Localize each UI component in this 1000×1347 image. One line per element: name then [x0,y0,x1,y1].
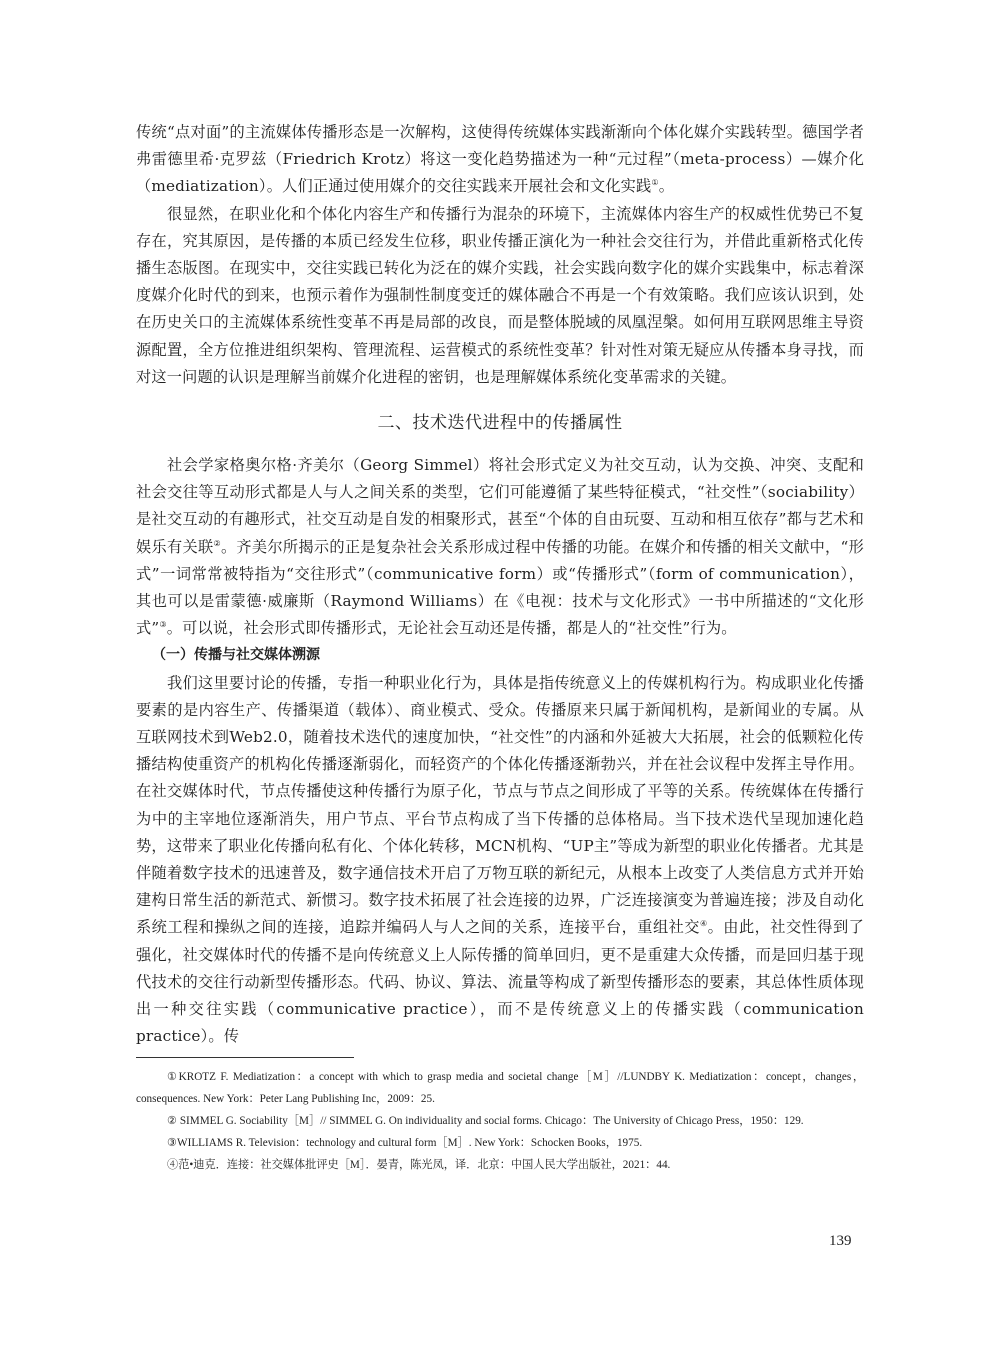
footnote-divider [136,1057,354,1058]
paragraph-authority: 很显然，在职业化和个体化内容生产和传播行为混杂的环境下，主流媒体内容生产的权威性… [136,201,864,391]
footnote-marker: ④ [167,1159,178,1171]
paragraph-mediatization: 传统“点对面”的主流媒体传播形态是一次解构，这使得传统媒体实践渐渐向个体化媒介实… [136,119,864,201]
footnote-text: 范•迪克．连接：社交媒体批评史［M］．晏青，陈光凤，译．北京：中国人民大学出版社… [178,1159,670,1171]
footnote-ref-1[interactable]: ① [651,178,658,187]
footnote-marker: ① [167,1071,179,1083]
footnote-marker: ② [167,1115,177,1127]
page-number: 139 [829,1233,852,1250]
paragraph-media-history: 我们这里要讨论的传播，专指一种职业化行为，具体是指传统意义上的传媒机构行为。构成… [136,670,864,1051]
footnote-marker: ③ [167,1137,177,1149]
footnote-ref-2[interactable]: ② [213,539,220,548]
paragraph-text: 传统“点对面”的主流媒体传播形态是一次解构，这使得传统媒体实践渐渐向个体化媒介实… [136,123,864,195]
footnote-text: WILLIAMS R. Television：technology and cu… [177,1137,642,1149]
footnote-ref-4[interactable]: ④ [700,919,708,928]
page-body: 传统“点对面”的主流媒体传播形态是一次解构，这使得传统媒体实践渐渐向个体化媒介实… [136,119,864,1176]
footnote-text: KROTZ F. Mediatization：a concept with wh… [136,1071,864,1105]
footnote-2: ② SIMMEL G. Sociability［M］// SIMMEL G. O… [136,1110,864,1132]
paragraph-text: 我们这里要讨论的传播，专指一种职业化行为，具体是指传统意义上的传媒机构行为。构成… [136,674,864,937]
footnote-4: ④范•迪克．连接：社交媒体批评史［M］．晏青，陈光凤，译．北京：中国人民大学出版… [136,1154,864,1176]
paragraph-simmel: 社会学家格奥尔格·齐美尔（Georg Simmel）将社会形式定义为社交互动，认… [136,452,864,642]
subsection-heading: （一）传播与社交媒体溯源 [136,642,864,669]
footnote-ref-3[interactable]: ③ [159,620,166,629]
footnotes: ①KROTZ F. Mediatization：a concept with w… [136,1066,864,1176]
section-heading: 二、技术迭代进程中的传播属性 [136,410,864,437]
paragraph-text: 。可以说，社会形式即传播形式，无论社会互动还是传播，都是人的“社交性”行为。 [167,619,737,637]
footnote-text: SIMMEL G. Sociability［M］// SIMMEL G. On … [177,1115,804,1127]
footnote-3: ③WILLIAMS R. Television：technology and c… [136,1132,864,1154]
paragraph-tail: 。 [659,177,674,195]
footnote-1: ①KROTZ F. Mediatization：a concept with w… [136,1066,864,1110]
paragraph-text: 。由此，社交性得到了强化，社交媒体时代的传播不是向传统意义上人际传播的简单回归，… [136,918,864,1045]
